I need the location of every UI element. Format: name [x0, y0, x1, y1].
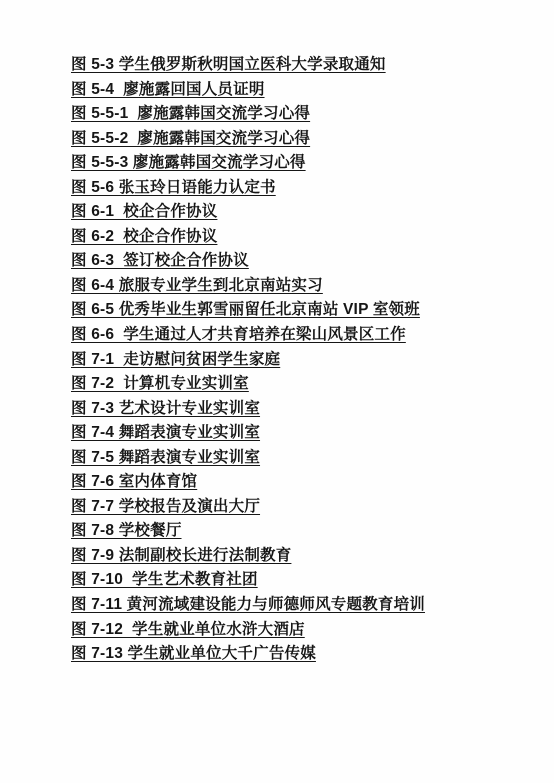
- document-page: 图 5-3 学生俄罗斯秋明国立医科大学录取通知图 5-4 廖施露回国人员证明图 …: [0, 0, 554, 783]
- list-item: 图 7-5 舞蹈表演专业实训室: [71, 446, 514, 471]
- list-item: 图 7-12 学生就业单位水浒大酒店: [71, 618, 514, 643]
- list-item: 图 7-6 室内体育馆: [71, 470, 514, 495]
- list-item: 图 6-6 学生通过人才共育培养在梁山风景区工作: [71, 323, 514, 348]
- list-item: 图 7-2 计算机专业实训室: [71, 372, 514, 397]
- list-item: 图 6-2 校企合作协议: [71, 225, 514, 250]
- list-item: 图 5-5-3 廖施露韩国交流学习心得: [71, 151, 514, 176]
- list-item: 图 6-5 优秀毕业生郭雪丽留任北京南站 VIP 室领班: [71, 298, 514, 323]
- list-item: 图 5-5-1 廖施露韩国交流学习心得: [71, 102, 514, 127]
- list-item: 图 5-5-2 廖施露韩国交流学习心得: [71, 127, 514, 152]
- list-item: 图 7-7 学校报告及演出大厅: [71, 495, 514, 520]
- list-item: 图 5-6 张玉玲日语能力认定书: [71, 176, 514, 201]
- list-item: 图 6-1 校企合作协议: [71, 200, 514, 225]
- list-item: 图 7-9 法制副校长进行法制教育: [71, 544, 514, 569]
- list-item: 图 5-3 学生俄罗斯秋明国立医科大学录取通知: [71, 53, 514, 78]
- list-item: 图 7-11 黄河流域建设能力与师德师风专题教育培训: [71, 593, 514, 618]
- list-item: 图 7-13 学生就业单位大千广告传媒: [71, 642, 514, 667]
- list-item: 图 5-4 廖施露回国人员证明: [71, 78, 514, 103]
- list-item: 图 7-3 艺术设计专业实训室: [71, 397, 514, 422]
- list-item: 图 6-3 签订校企合作协议: [71, 249, 514, 274]
- figure-list: 图 5-3 学生俄罗斯秋明国立医科大学录取通知图 5-4 廖施露回国人员证明图 …: [71, 53, 514, 667]
- list-item: 图 7-1 走访慰问贫困学生家庭: [71, 348, 514, 373]
- list-item: 图 7-10 学生艺术教育社团: [71, 568, 514, 593]
- list-item: 图 7-8 学校餐厅: [71, 519, 514, 544]
- list-item: 图 6-4 旅服专业学生到北京南站实习: [71, 274, 514, 299]
- list-item: 图 7-4 舞蹈表演专业实训室: [71, 421, 514, 446]
